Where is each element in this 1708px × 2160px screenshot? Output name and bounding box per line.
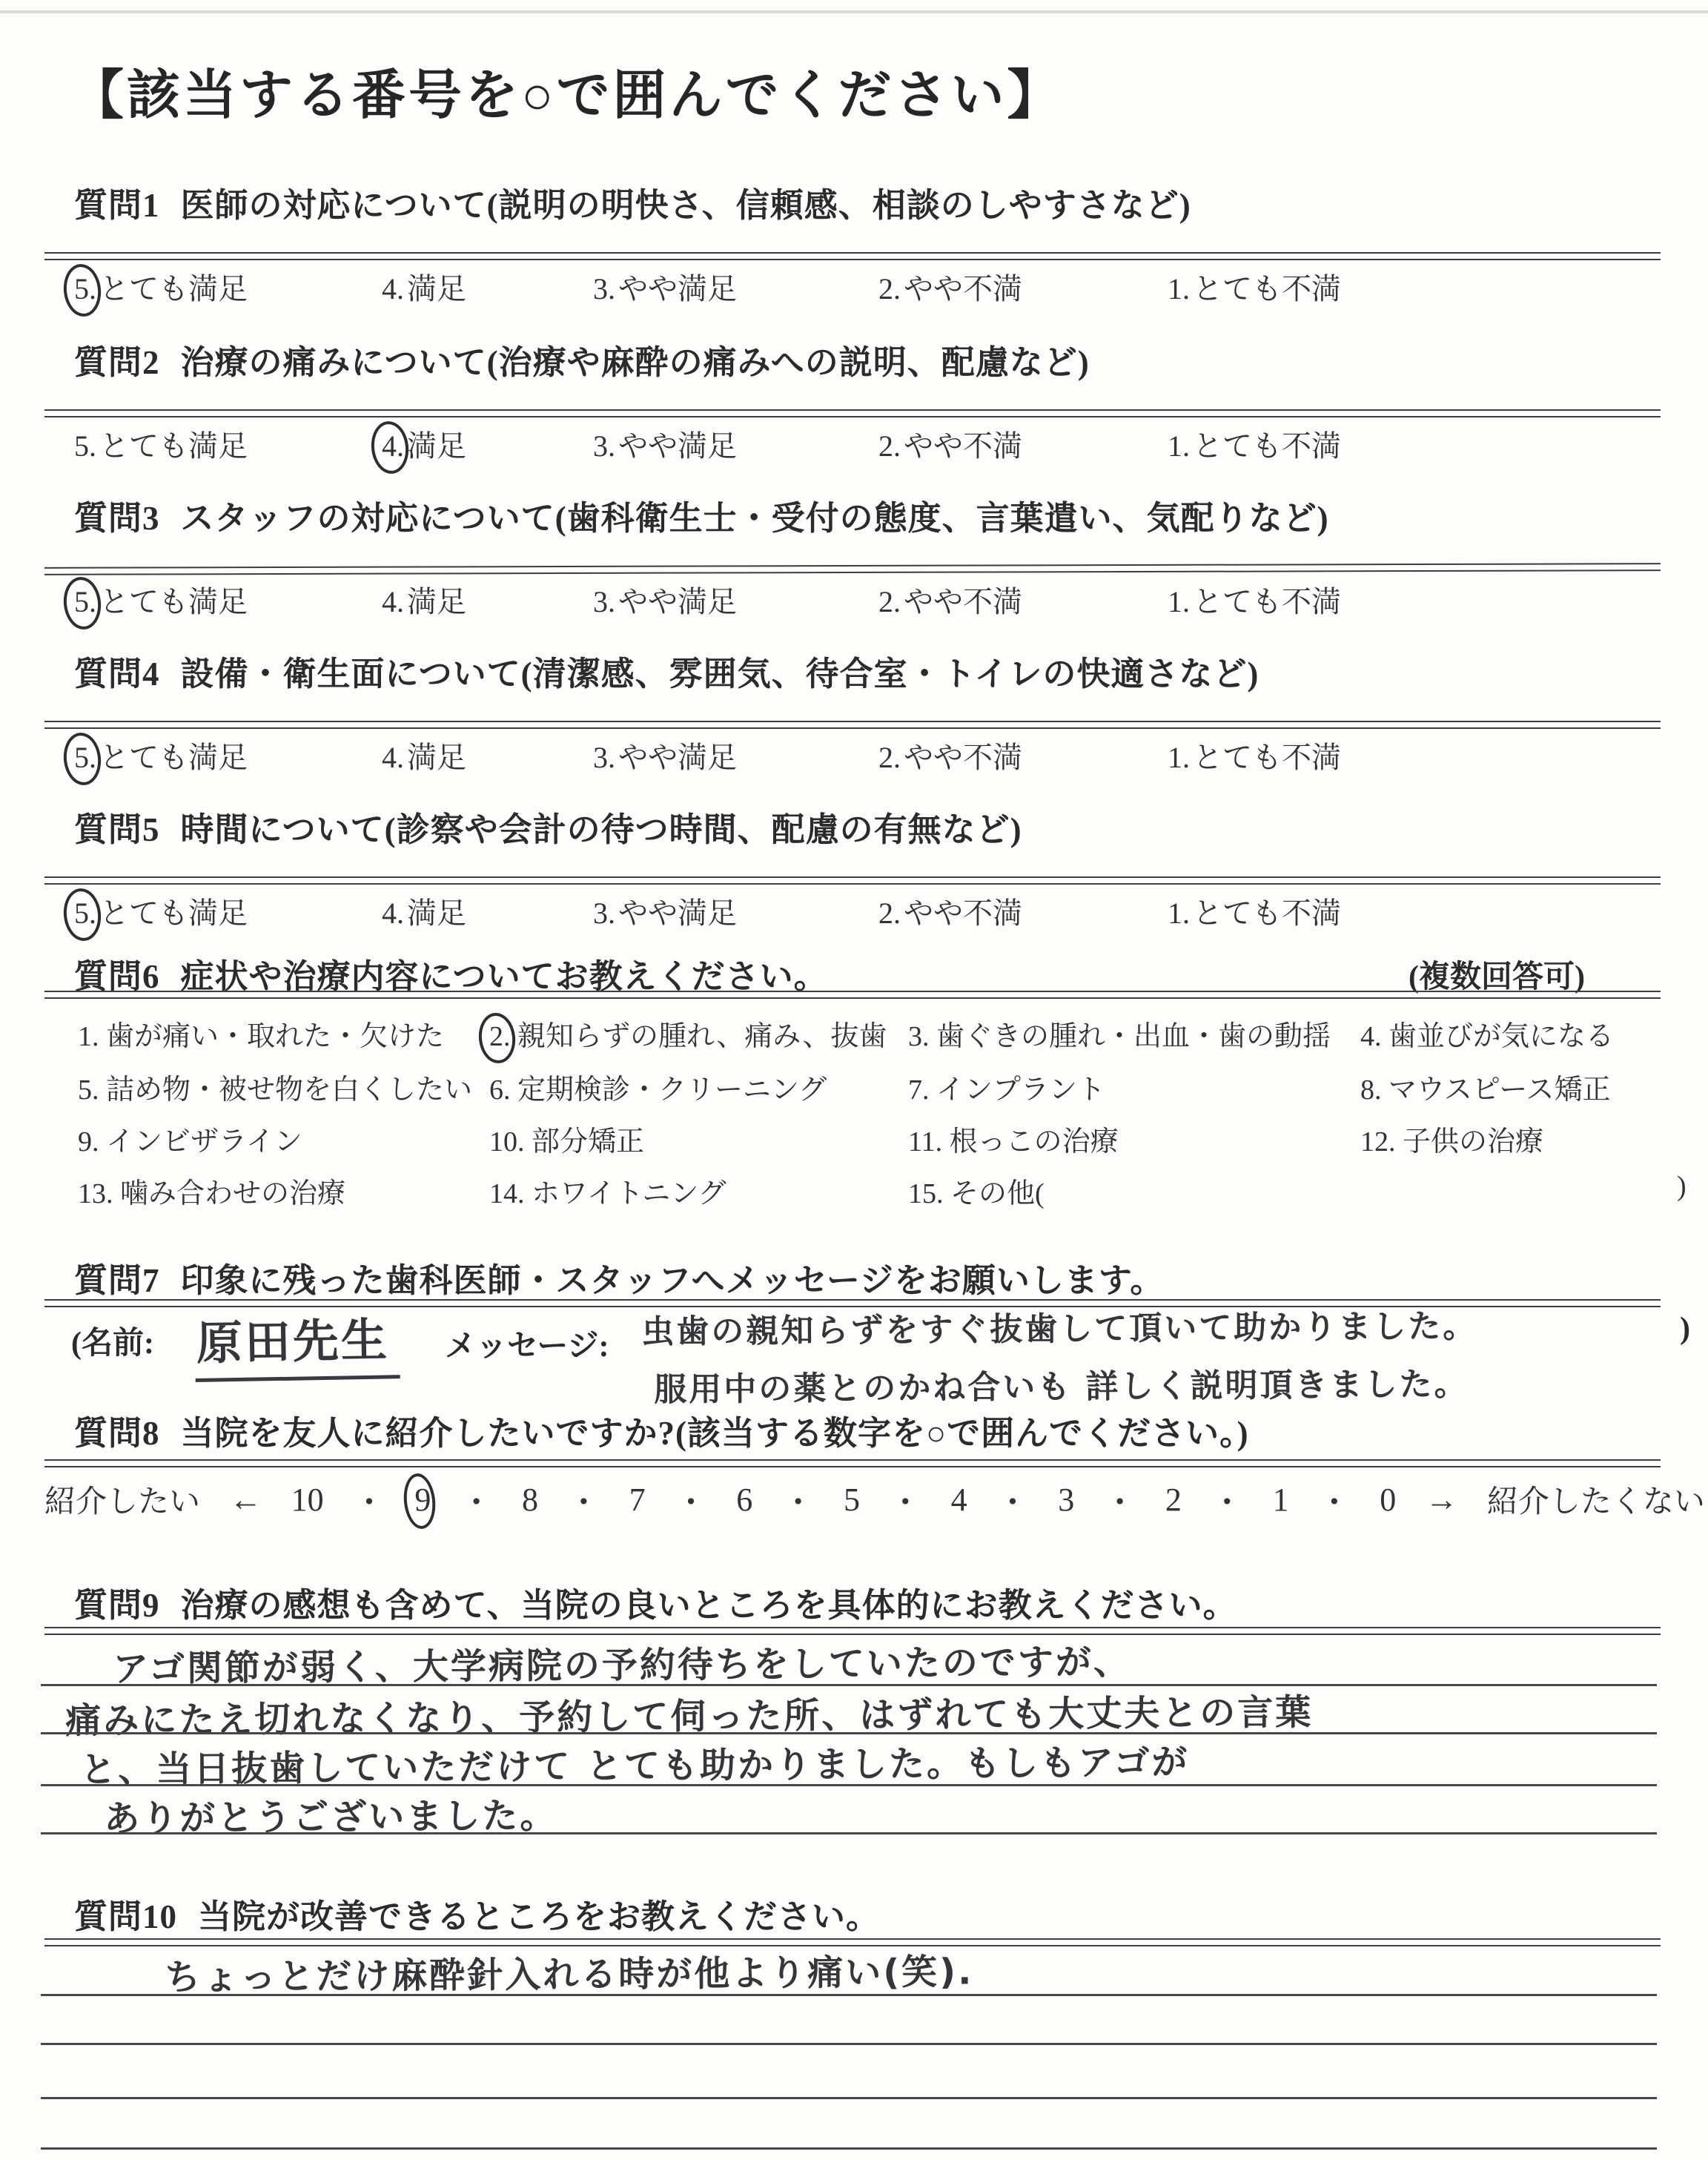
q6-item-15-close-paren: ) (1677, 1170, 1687, 1203)
q5-option-4: 4.満足 (382, 890, 466, 932)
question-10-header: 質問10当院が改善できるところをお教えください。 (74, 1889, 880, 1938)
q8-number-3: 3 (1058, 1481, 1074, 1519)
q6-item-2-label: 親知らずの腫れ、痛み、抜歯 (517, 1021, 887, 1052)
q7-name-handwritten: 原田先生 (194, 1303, 400, 1382)
q10-writing-line-1 (41, 1994, 1657, 1996)
q7-message-line-2: 服用中の薬とのかね合いも 詳しく説明頂きました。 (654, 1357, 1469, 1410)
question-10-label: 質問10 (74, 1898, 177, 1935)
q6-item-11: 11. 根っこの治療 (908, 1118, 1119, 1159)
q1-circled-answer: 5. (74, 271, 96, 306)
question-8-title: 当院を友人に紹介したいですか?(該当する数字を○で囲んでください。) (181, 1415, 1249, 1452)
scan-artifact-line (0, 10, 1708, 13)
q9-writing-line-4 (41, 1832, 1657, 1834)
q8-dot: ・ (1104, 1476, 1136, 1523)
q5-option-2-num: 2. (878, 896, 901, 930)
q2-option-2-label: やや不満 (904, 429, 1022, 463)
q8-dot: ・ (353, 1476, 385, 1523)
q6-item-8-num: 8. (1360, 1074, 1382, 1106)
q5-circled-answer: 5. (74, 896, 96, 931)
question-1-rule (44, 252, 1661, 260)
q6-item-9: 9. インビザライン (78, 1118, 302, 1159)
question-7-title: 印象に残った歯科医師・スタッフへメッセージをお願いします。 (181, 1262, 1165, 1299)
q6-item-14: 14. ホワイトニング (489, 1170, 726, 1211)
question-10-title: 当院が改善できるところをお教えください。 (198, 1898, 880, 1935)
q2-option-3: 3.やや満足 (593, 423, 737, 465)
page-title: 【該当する番号を○で囲んでください】 (70, 52, 1064, 129)
q6-item-14-num: 14. (489, 1178, 525, 1209)
q7-message-label: メッセージ: (445, 1321, 609, 1366)
question-5-label: 質問5 (74, 811, 160, 848)
q6-item-9-label: インビザライン (106, 1126, 302, 1157)
q6-item-11-num: 11. (908, 1126, 942, 1157)
q9-writing-line-1 (41, 1684, 1657, 1686)
q4-option-4-num: 4. (382, 741, 404, 774)
q7-close-paren: ) (1680, 1311, 1690, 1347)
q6-item-10: 10. 部分矯正 (489, 1118, 644, 1159)
q4-option-3-num: 3. (593, 741, 615, 774)
question-3-rule (44, 563, 1661, 575)
question-7-header: 質問7印象に残った歯科医師・スタッフへメッセージをお願いします。 (74, 1253, 1164, 1301)
q3-option-3: 3.やや満足 (593, 578, 737, 621)
question-2-header: 質問2治療の痛みについて(治療や麻酔の痛みへの説明、配慮など) (74, 335, 1090, 383)
q3-option-5: 5.とても満足 (74, 578, 248, 621)
question-7-label: 質問7 (74, 1262, 160, 1299)
question-2-title: 治療の痛みについて(治療や麻酔の痛みへの説明、配慮など) (181, 344, 1090, 381)
q3-option-1-label: とても不満 (1193, 585, 1341, 618)
q4-option-2-label: やや不満 (904, 741, 1022, 774)
q8-dot: ・ (1318, 1476, 1351, 1523)
q5-option-2: 2.やや不満 (878, 890, 1022, 932)
q10-writing-line-3 (41, 2097, 1657, 2099)
q9-answer-line-1: アゴ関節が弱く、大学病院の予約待ちをしていたのですが、 (113, 1633, 1131, 1691)
q3-option-4-num: 4. (382, 585, 404, 618)
q8-left-arrow: ← (229, 1481, 262, 1519)
q9-writing-line-3 (41, 1784, 1657, 1786)
q8-circled-answer: 9 (414, 1481, 431, 1519)
question-4-header: 質問4設備・衛生面について(清潔感、雰囲気、待合室・トイレの快適さなど) (74, 647, 1259, 695)
q8-number-6: 6 (736, 1481, 752, 1519)
q3-option-4-label: 満足 (407, 585, 466, 618)
question-3-label: 質問3 (74, 500, 160, 537)
q8-number-1: 1 (1273, 1481, 1289, 1519)
q5-option-1: 1.とても不満 (1168, 890, 1341, 932)
q4-option-1: 1.とても不満 (1168, 734, 1341, 776)
question-3-title: スタッフの対応について(歯科衛生士・受付の態度、言葉遣い、気配りなど) (181, 500, 1329, 537)
q6-item-13-num: 13. (78, 1178, 113, 1209)
q3-option-3-label: やや満足 (618, 585, 737, 618)
q5-option-4-label: 満足 (407, 896, 466, 930)
q1-option-2: 2.やや不満 (878, 265, 1022, 308)
q4-option-4-label: 満足 (407, 741, 466, 774)
q6-item-6: 6. 定期検診・クリーニング (489, 1066, 827, 1107)
q8-left-label: 紹介したい (44, 1477, 200, 1522)
q6-item-11-label: 根っこの治療 (950, 1126, 1119, 1157)
q3-option-2: 2.やや不満 (878, 578, 1022, 621)
q2-option-2-num: 2. (878, 429, 901, 463)
q7-name-prefix: (名前: (71, 1318, 154, 1363)
q6-item-3-num: 3. (908, 1021, 930, 1052)
q6-item-15-label: その他( (950, 1178, 1045, 1209)
q6-item-12-label: 子供の治療 (1403, 1126, 1543, 1157)
q4-option-5-label: とても満足 (99, 741, 248, 774)
q1-option-3-num: 3. (593, 272, 615, 305)
question-4-label: 質問4 (74, 655, 160, 693)
q6-item-7-label: インプラント (936, 1074, 1105, 1106)
q2-option-4: 4.満足 (382, 423, 466, 465)
q6-item-3-label: 歯ぐきの腫れ・出血・歯の動揺 (936, 1021, 1331, 1052)
q3-circled-answer: 5. (74, 584, 96, 619)
q2-option-1-num: 1. (1168, 429, 1190, 463)
q2-option-3-num: 3. (593, 429, 615, 463)
q5-option-2-label: やや不満 (904, 896, 1022, 930)
q6-item-13: 13. 噛み合わせの治療 (78, 1170, 345, 1211)
question-1-header: 質問1医師の対応について(説明の明快さ、信頼感、相談のしやすさなど) (74, 178, 1191, 226)
question-9-title: 治療の感想も含めて、当院の良いところを具体的にお教えください。 (181, 1587, 1237, 1624)
question-5-title: 時間について(診察や会計の待つ時間、配慮の有無など) (181, 811, 1022, 848)
q4-option-1-label: とても不満 (1193, 741, 1341, 774)
q8-number-4: 4 (951, 1481, 967, 1519)
q5-option-1-num: 1. (1168, 896, 1190, 930)
q3-option-2-num: 2. (878, 585, 901, 618)
q6-item-10-num: 10. (489, 1126, 525, 1157)
q6-item-8: 8. マウスピース矯正 (1360, 1066, 1610, 1107)
q8-number-10: 10 (291, 1481, 324, 1519)
q4-option-4: 4.満足 (382, 734, 466, 776)
q1-option-4-label: 満足 (407, 272, 466, 305)
question-8-header: 質問8当院を友人に紹介したいですか?(該当する数字を○で囲んでください。) (74, 1406, 1249, 1454)
q8-dot: ・ (460, 1476, 493, 1523)
q7-message-line-1: 虫歯の親知らずをすぐ抜歯して頂いて助かりました。 (641, 1299, 1477, 1353)
q6-item-4: 4. 歯並びが気になる (1360, 1013, 1614, 1054)
q9-writing-line-2 (41, 1732, 1657, 1734)
q6-item-9-num: 9. (78, 1126, 99, 1157)
question-1-title: 医師の対応について(説明の明快さ、信頼感、相談のしやすさなど) (181, 187, 1191, 224)
q6-item-8-label: マウスピース矯正 (1388, 1074, 1610, 1106)
question-8-rule (44, 1459, 1661, 1467)
q6-item-5-label: 詰め物・被せ物を白くしたい (106, 1074, 472, 1106)
q1-option-5: 5.とても満足 (74, 265, 248, 308)
question-6-rule (44, 991, 1661, 999)
q6-item-13-label: 噛み合わせの治療 (120, 1178, 345, 1209)
q2-circled-answer: 4. (382, 429, 404, 463)
q2-option-5: 5.とても満足 (74, 423, 248, 465)
q1-option-2-num: 2. (878, 272, 901, 305)
q1-option-1: 1.とても不満 (1168, 265, 1341, 308)
question-6-label: 質問6 (74, 958, 160, 995)
q6-item-1-label: 歯が痛い・取れた・欠けた (106, 1021, 444, 1052)
q4-option-3-label: やや満足 (618, 741, 737, 774)
q6-item-10-label: 部分矯正 (532, 1126, 644, 1157)
q6-item-1-num: 1. (78, 1021, 99, 1052)
q1-option-1-num: 1. (1168, 272, 1190, 305)
q8-number-8: 8 (522, 1481, 538, 1519)
q8-dot: ・ (675, 1476, 707, 1523)
question-2-label: 質問2 (74, 344, 160, 381)
q6-circled-answer: 2. (489, 1020, 511, 1053)
q4-option-3: 3.やや満足 (593, 734, 737, 776)
q8-right-arrow: → (1426, 1481, 1458, 1519)
q4-option-2: 2.やや不満 (878, 734, 1022, 776)
q6-item-3: 3. 歯ぐきの腫れ・出血・歯の動揺 (908, 1013, 1331, 1054)
q8-dot: ・ (1211, 1476, 1243, 1523)
question-3-header: 質問3スタッフの対応について(歯科衛生士・受付の態度、言葉遣い、気配りなど) (74, 491, 1329, 539)
question-1-label: 質問1 (74, 187, 160, 224)
q1-option-3: 3.やや満足 (593, 265, 737, 308)
q5-option-3-label: やや満足 (618, 896, 737, 930)
question-5-rule (44, 876, 1661, 885)
q8-number-5: 5 (844, 1481, 860, 1519)
q8-number-0: 0 (1380, 1481, 1396, 1519)
question-9-label: 質問9 (74, 1587, 160, 1624)
q1-option-1-label: とても不満 (1193, 272, 1341, 305)
question-4-rule (44, 721, 1661, 729)
q8-number-2: 2 (1165, 1481, 1182, 1519)
q6-item-12: 12. 子供の治療 (1360, 1118, 1543, 1159)
q6-item-7-num: 7. (908, 1074, 930, 1106)
question-9-header: 質問9治療の感想も含めて、当院の良いところを具体的にお教えください。 (74, 1578, 1237, 1626)
q6-item-12-num: 12. (1360, 1126, 1396, 1157)
q6-item-4-num: 4. (1360, 1021, 1382, 1052)
q6-item-2: 2. 親知らずの腫れ、痛み、抜歯 (489, 1013, 887, 1054)
q6-item-6-label: 定期検診・クリーニング (517, 1074, 827, 1106)
q3-option-1: 1.とても不満 (1168, 578, 1341, 621)
q3-option-3-num: 3. (593, 585, 615, 618)
question-5-header: 質問5時間について(診察や会計の待つ時間、配慮の有無など) (74, 802, 1022, 851)
q5-option-5-label: とても満足 (99, 896, 248, 930)
q2-option-5-label: とても満足 (99, 429, 248, 463)
q5-option-1-label: とても不満 (1193, 896, 1341, 930)
q10-writing-line-4 (41, 2147, 1657, 2150)
q2-option-5-num: 5. (74, 429, 96, 463)
q6-item-15-num: 15. (908, 1178, 944, 1209)
q3-option-5-label: とても満足 (99, 585, 248, 618)
q3-option-1-num: 1. (1168, 585, 1190, 618)
q6-item-7: 7. インプラント (908, 1066, 1105, 1107)
q3-option-2-label: やや不満 (904, 585, 1022, 618)
q4-option-1-num: 1. (1168, 741, 1190, 774)
q2-option-3-label: やや満足 (618, 429, 737, 463)
survey-scan-page: 【該当する番号を○で囲んでください】 質問1医師の対応について(説明の明快さ、信… (0, 0, 1708, 2160)
q4-option-2-num: 2. (878, 741, 901, 774)
question-8-label: 質問8 (74, 1415, 160, 1452)
question-9-rule (44, 1627, 1661, 1635)
q2-option-1: 1.とても不満 (1168, 423, 1341, 465)
q6-item-4-label: 歯並びが気になる (1388, 1021, 1614, 1052)
q8-dot: ・ (782, 1476, 815, 1523)
q1-option-5-label: とても満足 (99, 272, 248, 305)
q6-item-1: 1. 歯が痛い・取れた・欠けた (78, 1013, 444, 1054)
q6-item-5: 5. 詰め物・被せ物を白くしたい (78, 1066, 472, 1107)
q8-recommend-scale: 紹介したい ← 10 ・ 9 ・ 8 ・ 7 ・ 6 ・ 5 ・ 4 ・ 3 ・… (44, 1476, 1705, 1523)
q2-option-2: 2.やや不満 (878, 423, 1022, 465)
q4-circled-answer: 5. (74, 740, 96, 775)
q8-number-7: 7 (629, 1481, 646, 1519)
q5-option-3-num: 3. (593, 896, 615, 930)
q10-writing-line-2 (41, 2043, 1657, 2045)
q10-answer-line-1: ちょっとだけ麻酔針入れる時が他より痛い(笑). (165, 1943, 974, 2000)
q5-option-4-num: 4. (382, 896, 404, 930)
q2-option-1-label: とても不満 (1193, 429, 1341, 463)
q1-option-3-label: やや満足 (618, 272, 737, 305)
q3-option-4: 4.満足 (382, 578, 466, 621)
q6-item-15: 15. その他( (908, 1170, 1045, 1211)
question-6-note: (複数回答可) (1409, 952, 1585, 997)
q8-dot: ・ (996, 1476, 1029, 1523)
q1-option-4: 4.満足 (382, 265, 466, 308)
q8-dot: ・ (889, 1476, 921, 1523)
q6-item-14-label: ホワイトニング (532, 1178, 726, 1209)
q6-item-5-num: 5. (78, 1074, 99, 1106)
question-2-rule (44, 409, 1661, 417)
q5-option-3: 3.やや満足 (593, 890, 737, 932)
question-6-title: 症状や治療内容についてお教えください。 (181, 958, 828, 995)
q1-option-2-label: やや不満 (904, 272, 1022, 305)
q8-dot: ・ (567, 1476, 600, 1523)
q6-item-6-num: 6. (489, 1074, 511, 1106)
q4-option-5: 5.とても満足 (74, 734, 248, 776)
q8-right-label: 紹介したくない (1487, 1477, 1705, 1522)
q5-option-5: 5.とても満足 (74, 890, 248, 932)
q2-option-4-label: 満足 (407, 429, 466, 463)
question-4-title: 設備・衛生面について(清潔感、雰囲気、待合室・トイレの快適さなど) (181, 655, 1260, 693)
q1-option-4-num: 4. (382, 272, 404, 305)
